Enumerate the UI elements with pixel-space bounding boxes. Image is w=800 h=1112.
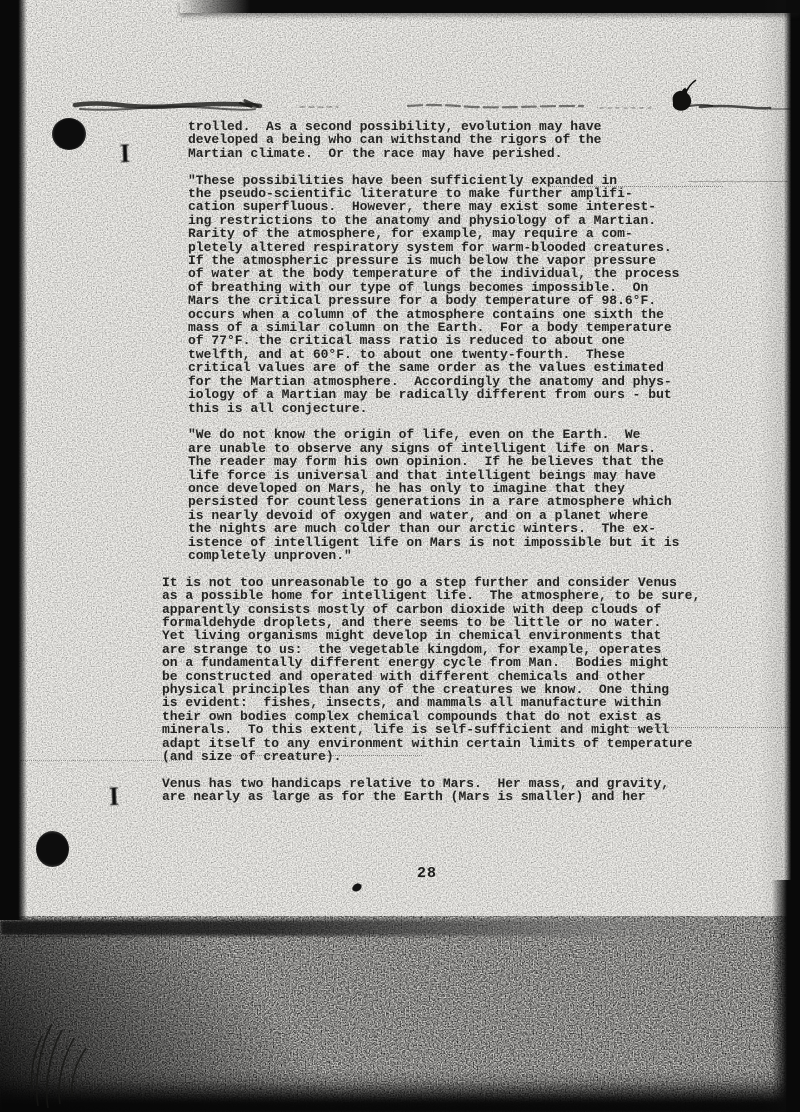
text-line: completely unproven."	[188, 549, 800, 562]
document-text: trolled. As a second possibility, evolut…	[0, 120, 800, 817]
paragraph-2-quote: "These possibilities have been sufficien…	[0, 174, 800, 415]
text-line: as a possible home for intelligent life.…	[162, 589, 800, 602]
text-line: are strange to us: the vegetable kingdom…	[162, 643, 800, 656]
text-line: minerals. To this extent, life is self-s…	[162, 723, 800, 736]
text-line: cation superfluous. However, there may e…	[188, 200, 800, 213]
text-line: of breathing with our type of lungs beco…	[188, 281, 800, 294]
text-line: If the atmospheric pressure is much belo…	[188, 254, 800, 267]
scan-edge-speckle	[758, 0, 786, 1112]
text-line: mass of a similar column on the Earth. F…	[188, 321, 800, 334]
text-line: pletely altered respiratory system for w…	[188, 241, 800, 254]
paragraph-3-quote: "We do not know the origin of life, even…	[0, 428, 800, 562]
text-line: Mars the critical pressure for a body te…	[188, 294, 800, 307]
text-line: (and size of creature).	[162, 750, 800, 763]
text-line: istence of intelligent life on Mars is n…	[188, 536, 800, 549]
text-line: is nearly devoid of oxygen and water, an…	[188, 509, 800, 522]
ink-blob-top-right	[655, 78, 725, 120]
scan-bottom-region	[0, 916, 800, 1112]
text-line: for the Martian atmosphere. Accordingly …	[188, 375, 800, 388]
text-line: apparently consists mostly of carbon dio…	[162, 603, 800, 616]
paragraph-4: It is not too unreasonable to go a step …	[0, 576, 800, 764]
faint-line	[230, 755, 422, 756]
page-number: 28	[417, 865, 437, 882]
text-line: It is not too unreasonable to go a step …	[162, 576, 800, 589]
hole-punch-top	[52, 118, 86, 150]
paragraph-5: Venus has two handicaps relative to Mars…	[0, 777, 800, 804]
scratch-marks	[20, 986, 130, 1112]
text-line: "We do not know the origin of life, even…	[188, 428, 800, 441]
faint-line	[20, 760, 182, 761]
margin-ink-mark-bottom: I	[108, 782, 119, 812]
text-line: are nearly as large as for the Earth (Ma…	[162, 790, 800, 803]
text-line: Yet living organisms might develop in ch…	[162, 629, 800, 642]
hole-punch-bottom	[36, 831, 69, 867]
text-line: on a fundamentally different energy cycl…	[162, 656, 800, 669]
text-line: Venus has two handicaps relative to Mars…	[162, 777, 800, 790]
text-line: once developed on Mars, he has only to i…	[188, 482, 800, 495]
text-line: their own bodies complex chemical compou…	[162, 710, 800, 723]
text-line: adapt itself to any environment within c…	[162, 737, 800, 750]
text-line: this is all conjecture.	[188, 402, 800, 415]
margin-ink-mark-top: I	[119, 139, 130, 169]
text-line: of water at the body temperature of the …	[188, 267, 800, 280]
text-line: twelfth, and at 60°F. to about one twent…	[188, 348, 800, 361]
text-line: ing restrictions to the anatomy and phys…	[188, 214, 800, 227]
text-line: is evident: fishes, insects, and mammals…	[162, 696, 800, 709]
text-line: Rarity of the atmosphere, for example, m…	[188, 227, 800, 240]
text-line: be constructed and operated with differe…	[162, 670, 800, 683]
faint-line	[548, 186, 723, 187]
text-line: iology of a Martian may be radically dif…	[188, 388, 800, 401]
text-line: occurs when a column of the atmosphere c…	[188, 308, 800, 321]
text-line: life force is universal and that intelli…	[188, 469, 800, 482]
text-line: The reader may form his own opinion. If …	[188, 455, 800, 468]
scan-crease-band	[0, 920, 760, 936]
text-line: Martian climate. Or the race may have pe…	[188, 147, 800, 160]
text-line: the pseudo-scientific literature to make…	[188, 187, 800, 200]
text-line: are unable to observe any signs of intel…	[188, 442, 800, 455]
text-line: formaldehyde droplets, and there seems t…	[162, 616, 800, 629]
text-line: the nights are much colder than our arct…	[188, 522, 800, 535]
text-line: persisted for countless generations in a…	[188, 495, 800, 508]
scanned-document-page: trolled. As a second possibility, evolut…	[0, 0, 800, 1112]
scan-edge-left	[0, 0, 27, 920]
text-line: physical principles than any of the crea…	[162, 683, 800, 696]
text-line: of 77°F. the critical mass ratio is redu…	[188, 334, 800, 347]
text-line: critical values are of the same order as…	[188, 361, 800, 374]
scan-edge-top	[180, 0, 800, 13]
text-line: developed a being who can withstand the …	[188, 133, 800, 146]
